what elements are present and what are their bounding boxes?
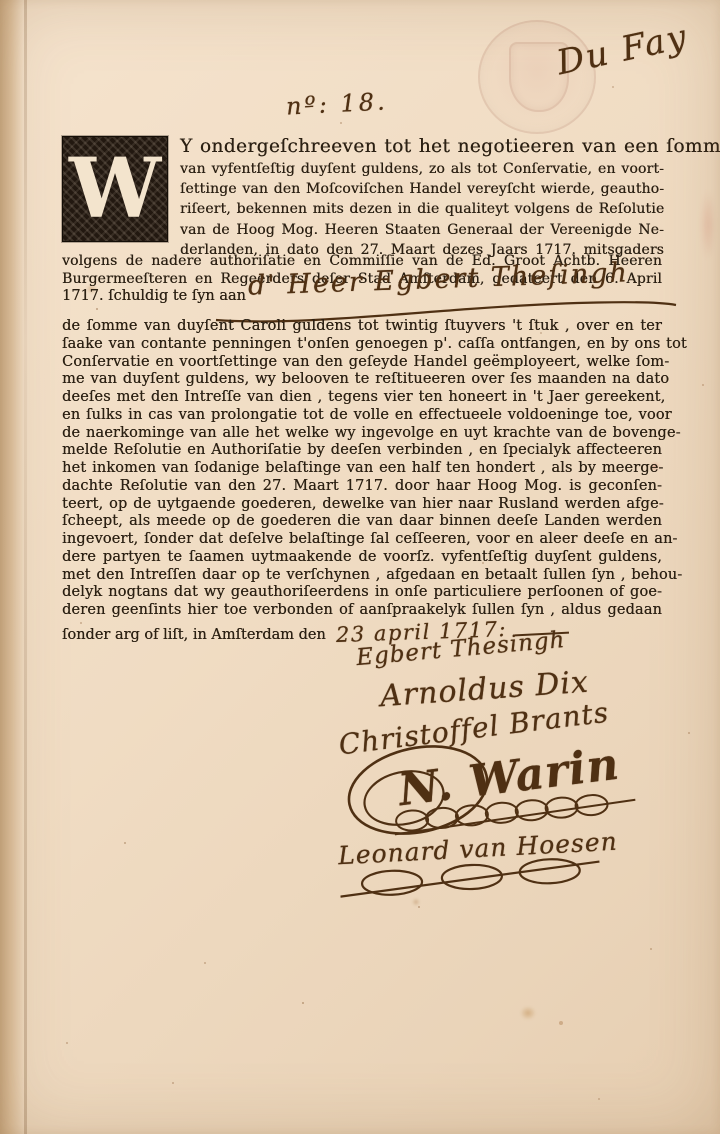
debt-lead-in-line: 1717. ſchuldig te ſyn aan	[62, 288, 246, 304]
opening-paragraph-indented: Y ondergeſchreeven tot het negotieeren v…	[180, 135, 664, 260]
drop-cap-letter: W	[63, 137, 167, 241]
printed-line: ſaake van contante penningen t'onſen gen…	[62, 336, 662, 354]
printed-line: dere partyen te ſaamen uytmaakende de vo…	[62, 549, 662, 567]
printed-line: van de Hoog Mog. Heeren Staaten Generaal…	[180, 220, 664, 240]
printed-line: Conſervatie en voortſettinge van den geſ…	[62, 354, 662, 372]
paper-left-edge	[0, 0, 24, 1134]
printed-line: me van duyſent guldens, wy belooven te r…	[62, 371, 662, 389]
document-page: Du Fay nº: 18. W Y ondergeſchreeven tot …	[0, 0, 720, 1134]
drop-cap-initial-block: W	[62, 136, 168, 242]
printed-line: teert, op de uytgaende goederen, dewelke…	[62, 496, 662, 514]
body-paragraph: de ſomme van duyſent Caroli guldens tot …	[62, 318, 662, 620]
printed-line: het inkomen van ſodanige belaſtinge van …	[62, 460, 662, 478]
printed-line: riſeert, bekennen mits dezen in die qual…	[180, 199, 664, 219]
printed-line: melde Reſolutie en Authoriſatie by deeſe…	[62, 442, 662, 460]
printed-line: met den Intreſſen daar op te verſchynen …	[62, 567, 662, 585]
owner-annotation: Du Fay	[553, 17, 691, 84]
printed-line: delyk nogtans dat wy geauthoriſeerdens i…	[62, 584, 662, 602]
printed-line: en ſulks in cas van prolongatie tot de v…	[62, 407, 662, 425]
paper-speckles	[0, 0, 2, 2]
paper-fold-crease	[24, 0, 27, 1134]
printed-line: van vyfentſeſtig duyſent guldens, zo als…	[180, 159, 664, 179]
printed-line: de naerkominge van alle het welke wy ing…	[62, 425, 662, 443]
printed-line: dachte Reſolutie van den 27. Maart 1717.…	[62, 478, 662, 496]
printed-line: deren geenſints hier toe verbonden of aa…	[62, 602, 662, 620]
foxing-spot	[520, 1006, 536, 1020]
foxing-spot	[700, 190, 716, 260]
printed-line: Y ondergeſchreeven tot het negotieeren v…	[180, 135, 664, 159]
printed-line: ſcheept, als meede op de goederen die va…	[62, 513, 662, 531]
printed-line: ingevoert, ſonder dat deſelve belaſtinge…	[62, 531, 662, 549]
signature-leonard-van-hoesen: Leonard van Hoesen	[337, 827, 618, 871]
closing-printed-text: ſonder arg of liſt, in Amſterdam den	[62, 627, 326, 643]
printed-line: deeſes met den Intreſſe van dien , tegen…	[62, 389, 662, 407]
printed-line: de ſomme van duyſent Caroli guldens tot …	[62, 318, 662, 336]
document-number: nº: 18.	[285, 87, 388, 120]
foxing-spot	[412, 898, 420, 906]
printed-line: ſettinge van den Moſcoviſchen Handel ver…	[180, 179, 664, 199]
